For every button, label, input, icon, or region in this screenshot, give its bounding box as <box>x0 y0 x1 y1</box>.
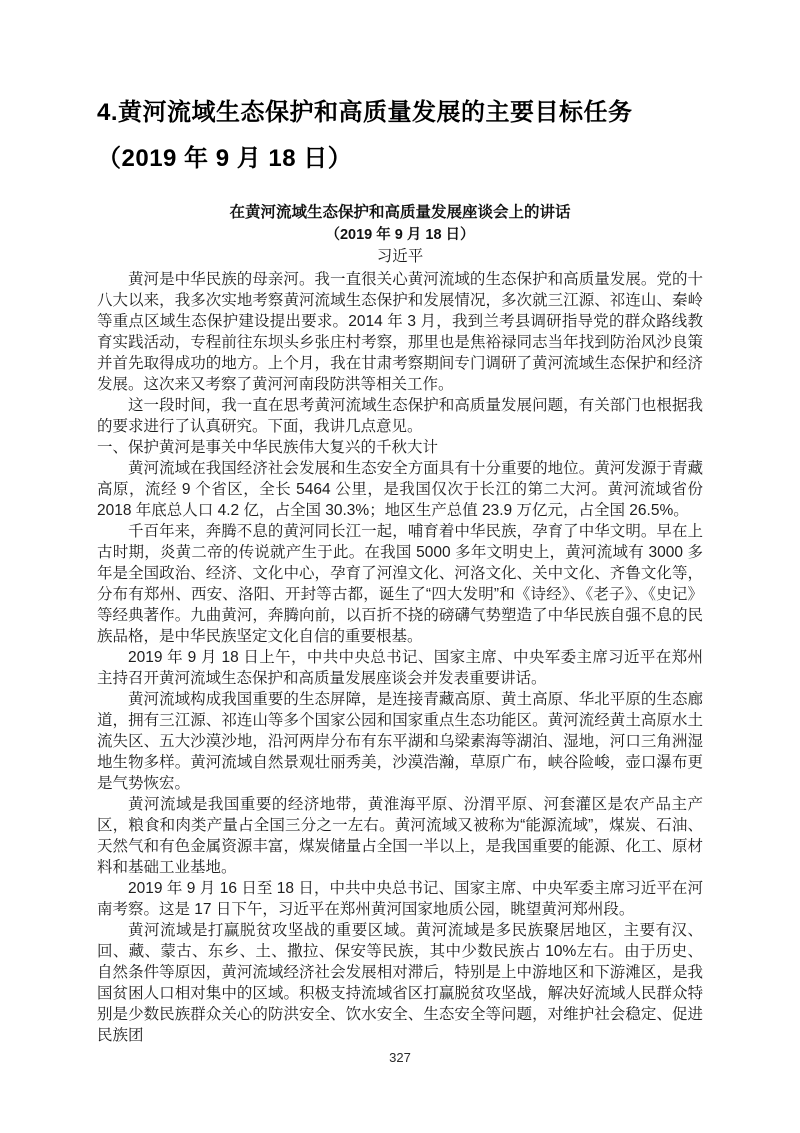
doc-title: 4.黄河流域生态保护和高质量发展的主要目标任务 （2019 年 9 月 18 日… <box>97 90 703 182</box>
paragraph: 2019 年 9 月 18 日上午，中共中央总书记、国家主席、中央军委主席习近平… <box>97 647 703 689</box>
speech-header: 在黄河流域生态保护和高质量发展座谈会上的讲话 （2019 年 9 月 18 日）… <box>97 202 703 268</box>
paragraph: 黄河流域是我国重要的经济地带，黄淮海平原、汾渭平原、河套灌区是农产品主产区，粮食… <box>97 794 703 878</box>
document-page: 4.黄河流域生态保护和高质量发展的主要目标任务 （2019 年 9 月 18 日… <box>0 0 800 1133</box>
speech-date: （2019 年 9 月 18 日） <box>97 224 703 246</box>
speaker-name: 习近平 <box>97 246 703 268</box>
paragraph: 黄河流域在我国经济社会发展和生态安全方面具有十分重要的地位。黄河发源于青藏高原，… <box>97 458 703 521</box>
paragraph: 黄河是中华民族的母亲河。我一直很关心黄河流域的生态保护和高质量发展。党的十八大以… <box>97 269 703 395</box>
paragraph: 黄河流域构成我国重要的生态屏障，是连接青藏高原、黄土高原、华北平原的生态廊道，拥… <box>97 689 703 794</box>
section-heading: 一、保护黄河是事关中华民族伟大复兴的千秋大计 <box>97 437 703 458</box>
page-number: 327 <box>0 1050 800 1065</box>
paragraph: 黄河流域是打赢脱贫攻坚战的重要区域。黄河流域是多民族聚居地区，主要有汉、回、藏、… <box>97 920 703 1046</box>
paragraph: 这一段时间，我一直在思考黄河流域生态保护和高质量发展问题，有关部门也根据我的要求… <box>97 395 703 437</box>
doc-title-line1: 4.黄河流域生态保护和高质量发展的主要目标任务 <box>97 90 703 136</box>
speech-title: 在黄河流域生态保护和高质量发展座谈会上的讲话 <box>97 202 703 224</box>
paragraph: 千百年来，奔腾不息的黄河同长江一起，哺育着中华民族，孕育了中华文明。早在上古时期… <box>97 521 703 647</box>
speech-body: 黄河是中华民族的母亲河。我一直很关心黄河流域的生态保护和高质量发展。党的十八大以… <box>97 269 703 1046</box>
page-content: 4.黄河流域生态保护和高质量发展的主要目标任务 （2019 年 9 月 18 日… <box>97 0 703 1046</box>
doc-title-line2: （2019 年 9 月 18 日） <box>97 136 703 182</box>
paragraph: 2019 年 9 月 16 日至 18 日，中共中央总书记、国家主席、中央军委主… <box>97 878 703 920</box>
